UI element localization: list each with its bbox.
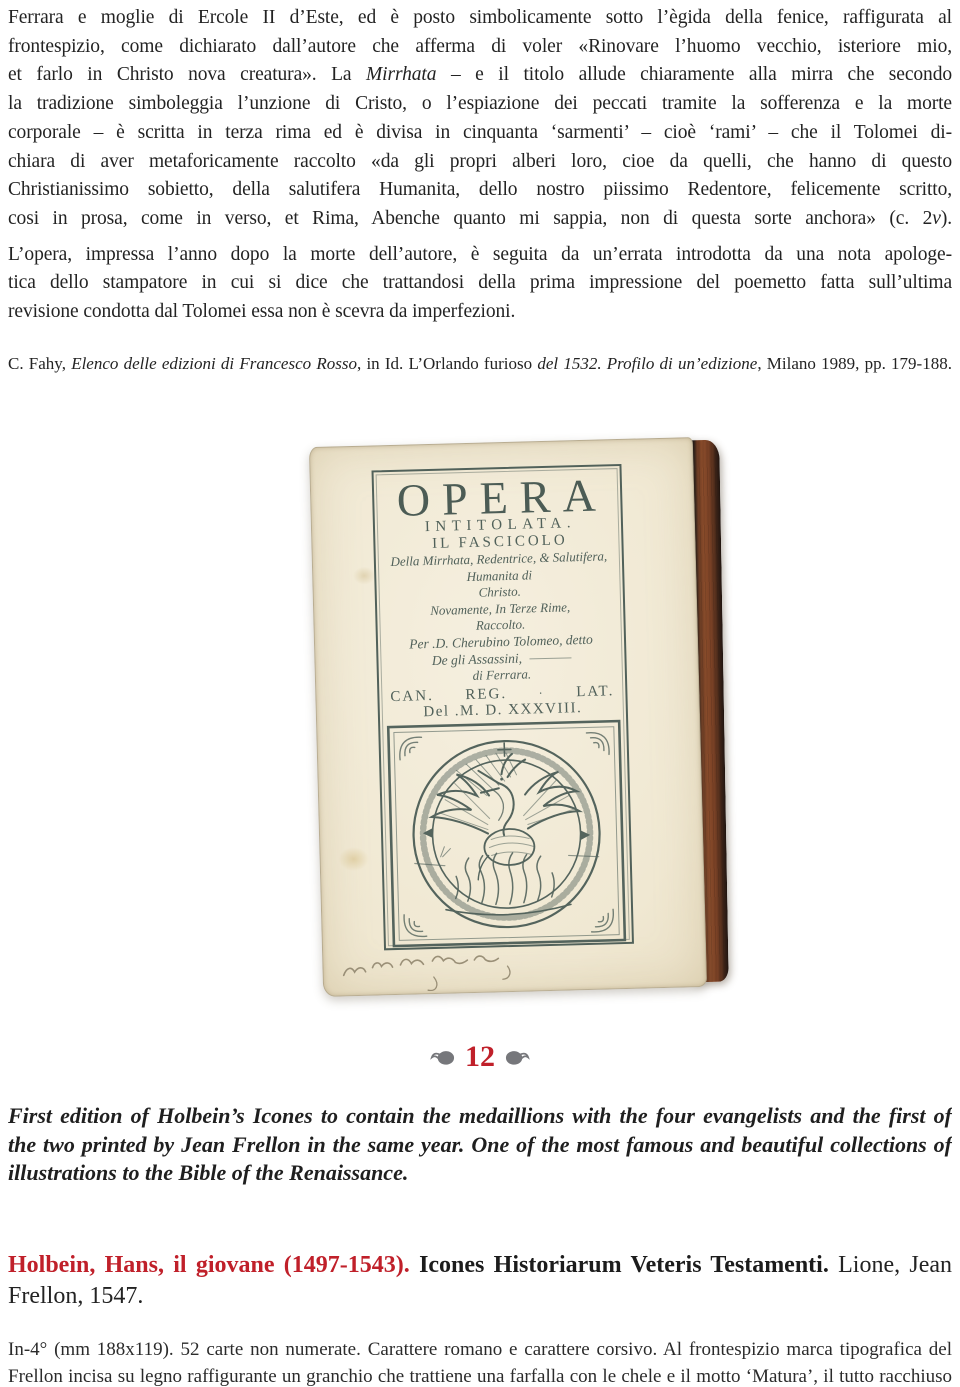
catalog-page-scan: Ferrara e moglie di Ercole II d’Este, ed… (0, 0, 960, 1387)
text-line: Christianissimo sobietto, della salutife… (8, 176, 952, 205)
text-line: L’opera, impressa l’anno dopo la morte d… (8, 241, 952, 270)
text-line: frontespizio, come dichiarato dall’autor… (8, 33, 952, 62)
title-page-border: OPERA INTITOLATA. IL FASCICOLO Della Mir… (372, 464, 634, 950)
heading-line: Holbein, Hans, il giovane (1497-1543). I… (8, 1250, 952, 1281)
text-line: Frellon incisa su legno raffigurante un … (8, 1364, 952, 1387)
text-line: First edition of Holbein’s Icones to con… (8, 1102, 952, 1131)
book-photograph: OPERA INTITOLATA. IL FASCICOLO Della Mir… (316, 430, 726, 990)
imprint-continued: Frellon, 1547. (8, 1281, 952, 1312)
collation-note: In-4° (mm 188x119). 52 carte non numerat… (8, 1337, 952, 1387)
leaf-reference-italic: v (932, 208, 941, 229)
bibliographic-citation: C. Fahy, Elenco delle edizioni di France… (8, 352, 952, 375)
work-title: Icones Historiarum Veteris Testamenti. (419, 1252, 829, 1278)
plate-title-opera: OPERA (374, 466, 621, 520)
text-line: revisione condotta dal Tolomei essa non … (8, 298, 952, 327)
text-line: chiara di aver metaforicamente raccolto … (8, 148, 952, 177)
paper-stain (338, 847, 369, 872)
entry-description-italian: Ferrara e moglie di Ercole II d’Este, ed… (8, 4, 952, 327)
text-line: et farlo in Christo nova creatura». La M… (8, 61, 952, 90)
book-title-page: OPERA INTITOLATA. IL FASCICOLO Della Mir… (309, 437, 707, 997)
text-line: the two printed by Jean Frellon in the s… (8, 1131, 952, 1160)
entry-number-row: 12 (0, 1040, 960, 1074)
text-line: cosi in prosa, come in verso, et Rima, A… (8, 205, 952, 234)
entry-number: 12 (465, 1042, 495, 1072)
text-line: illustrations to the Bible of the Renais… (8, 1159, 952, 1188)
fleuron-leaf-icon (430, 1048, 456, 1067)
paper-stain (353, 566, 375, 585)
entry-heading: Holbein, Hans, il giovane (1497-1543). I… (8, 1250, 952, 1312)
fleuron-leaf-icon (504, 1048, 530, 1067)
text-line: tica dello stampatore in cui si dice che… (8, 269, 952, 298)
paragraph-1: Ferrara e moglie di Ercole II d’Este, ed… (8, 4, 952, 234)
cited-title-italic: del 1532. Profilo di un’edizione (537, 354, 757, 373)
imprint: Lione, Jean (838, 1252, 952, 1278)
handwritten-inscription-icon (337, 950, 548, 993)
paragraph-2: L’opera, impressa l’anno dopo la morte d… (8, 241, 952, 327)
phoenix-device-icon (385, 718, 628, 951)
text-line: In-4° (mm 188x119). 52 carte non numerat… (8, 1337, 952, 1364)
text-line: Ferrara e moglie di Ercole II d’Este, ed… (8, 4, 952, 33)
cited-title-italic: Elenco delle edizioni di Francesco Rosso (71, 354, 357, 373)
text-line: corporale – è scritta in terza rima ed è… (8, 119, 952, 148)
text-line: la tradizione simboleggia l’unzione di C… (8, 90, 952, 119)
entry-annotation-english: First edition of Holbein’s Icones to con… (8, 1102, 952, 1188)
work-title-italic: Mirrhata (366, 64, 436, 85)
author-name: Holbein, Hans, il giovane (1497-1543). (8, 1252, 410, 1278)
